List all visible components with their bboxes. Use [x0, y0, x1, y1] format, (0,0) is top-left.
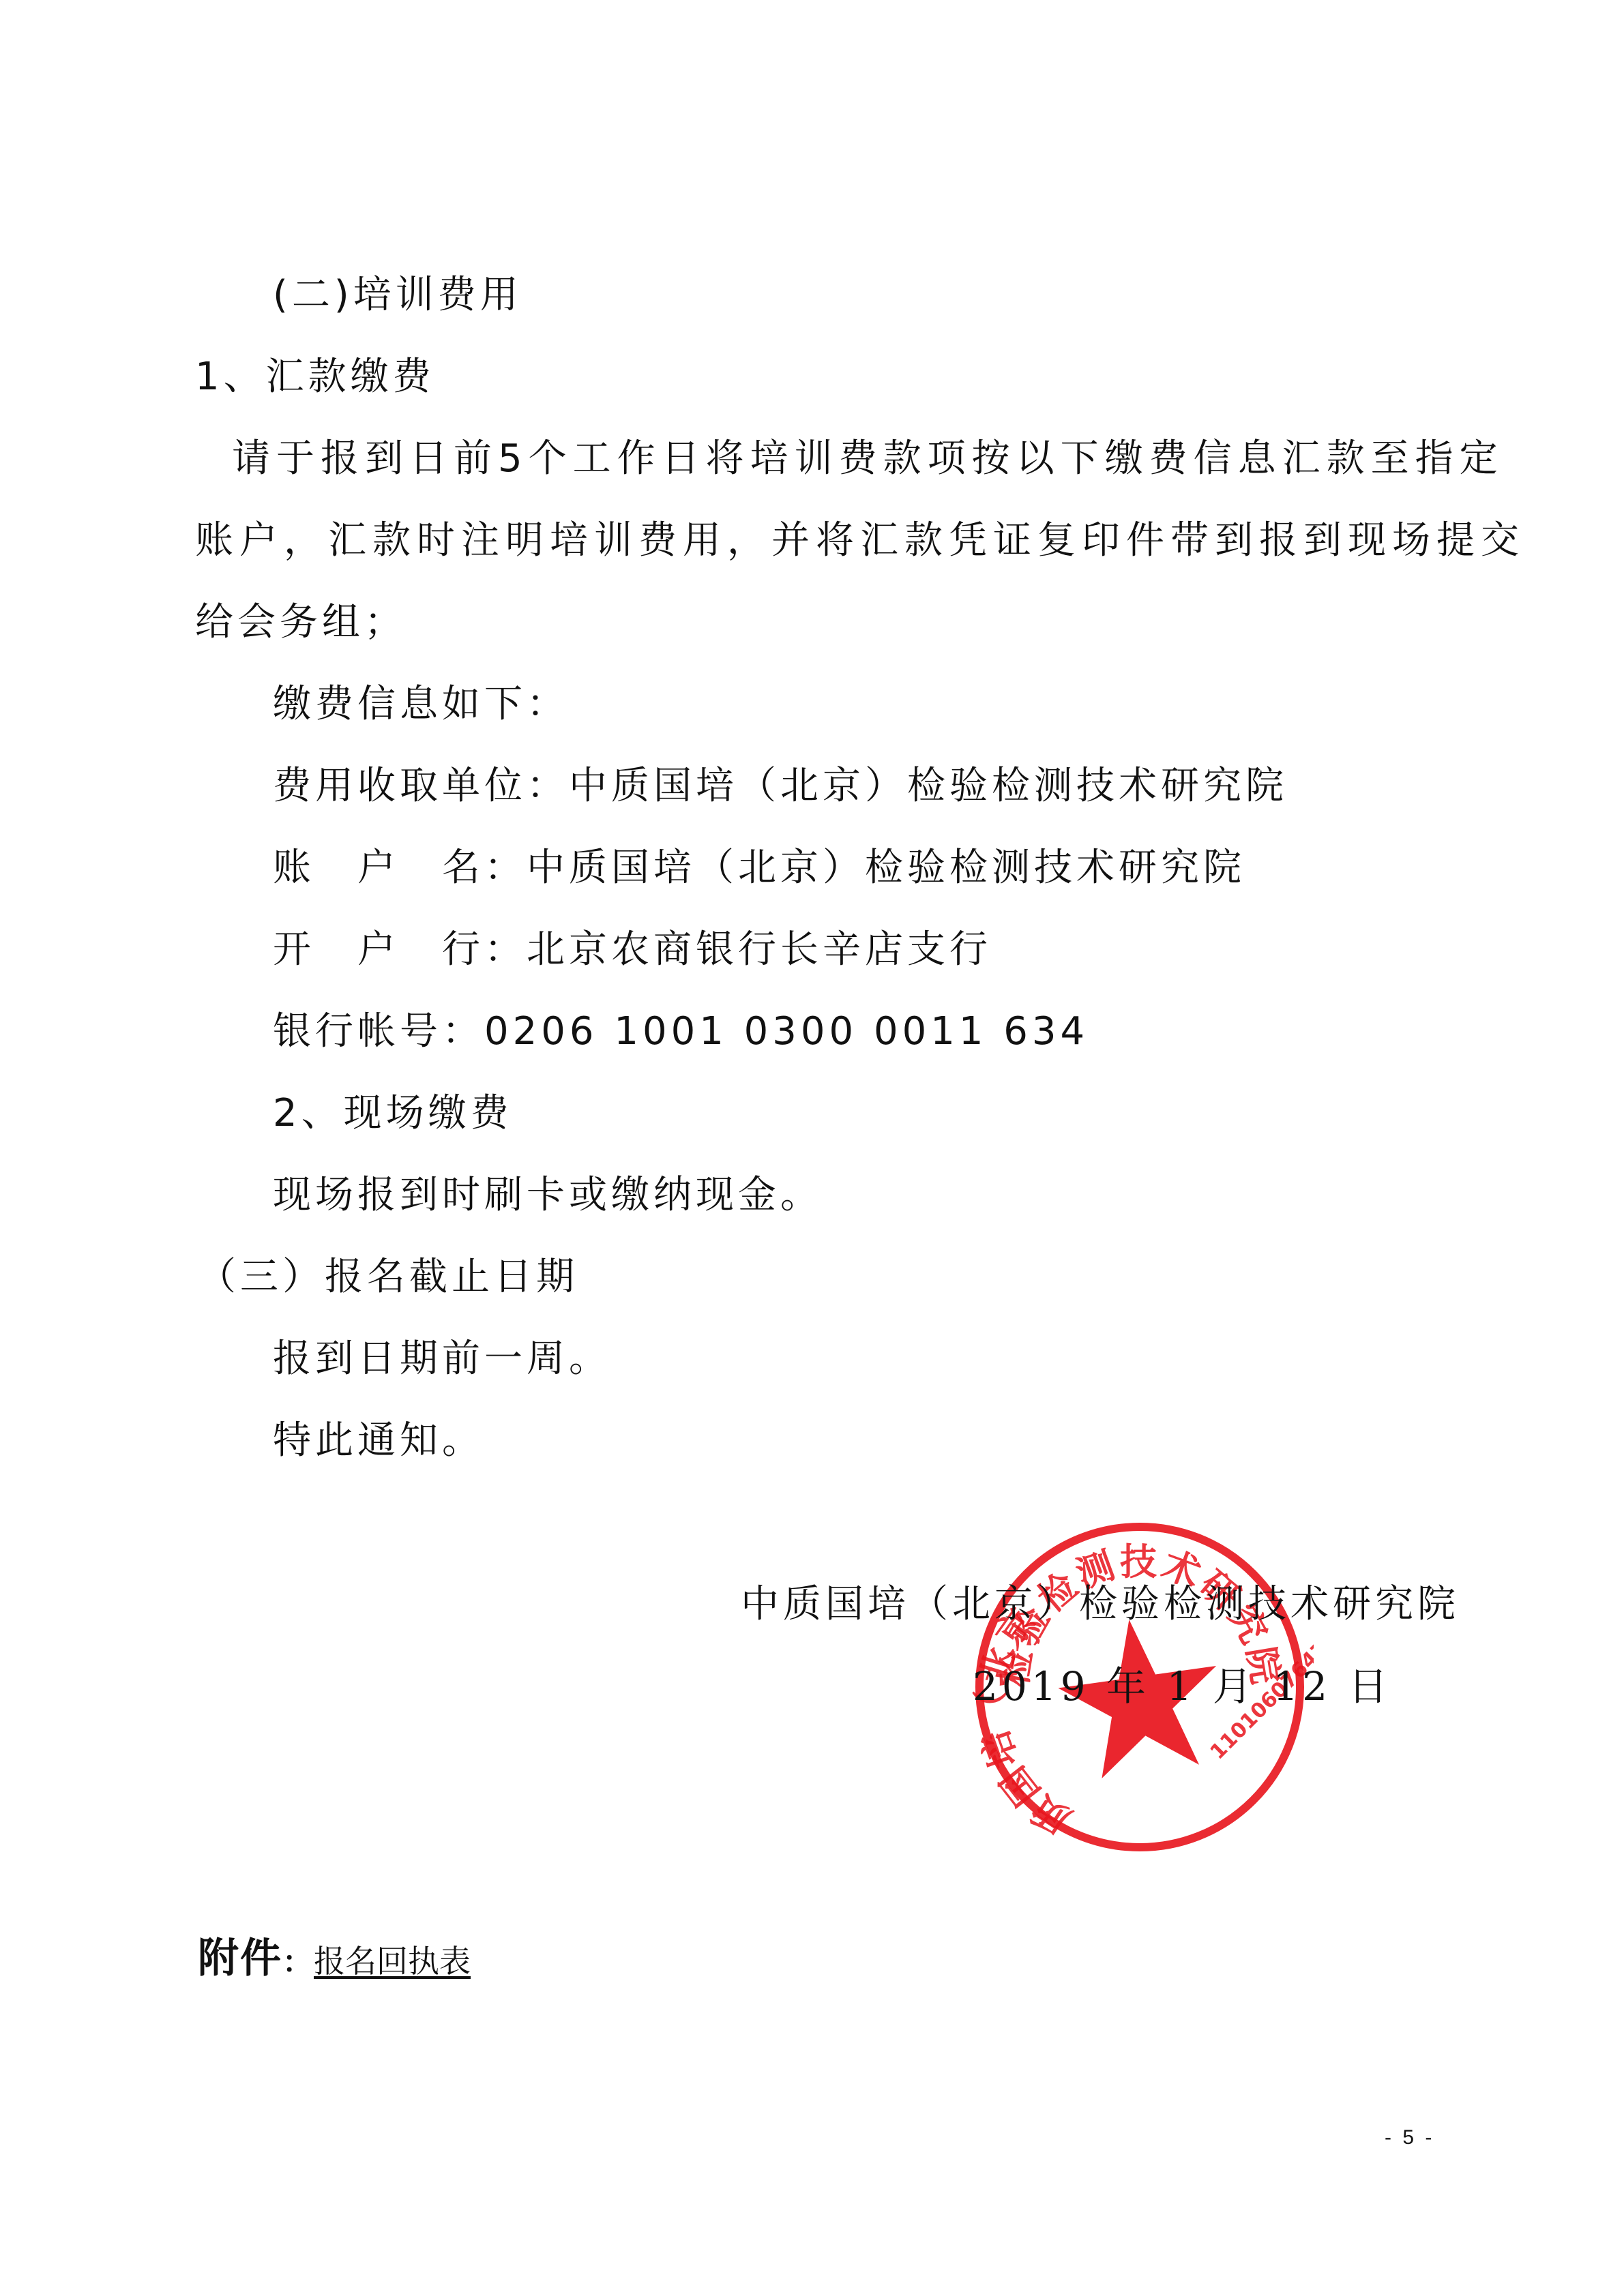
payment-info-intro: 缴费信息如下：: [273, 681, 569, 728]
page-number: - 5 -: [1385, 2126, 1434, 2149]
deadline-text: 报到日期前一周。: [273, 1335, 611, 1383]
account-name-value: 中质国培（北京）检验检测技术研究院: [527, 846, 1245, 890]
account-number-value: 0206 1001 0300 0011 634: [484, 1009, 1089, 1054]
subheading-remittance: 1、汇款缴费: [195, 353, 435, 401]
account-number-label: 银行帐号：: [273, 1009, 484, 1054]
paragraph-line-3: 给会务组；: [195, 599, 407, 646]
account-name-label: 账 户 名：: [273, 846, 527, 890]
account-name-row: 账 户 名：中质国培（北京）检验检测技术研究院: [273, 844, 1245, 892]
signature-date: 2019 年 1 月 12 日: [973, 1663, 1392, 1710]
section-heading-deadline: （三）报名截止日期: [198, 1253, 578, 1301]
bank-label: 开 户 行：: [273, 927, 527, 972]
attachment-colon: ：: [282, 1945, 314, 1980]
closing-text: 特此通知。: [273, 1417, 484, 1465]
payee-unit-value: 中质国培（北京）检验检测技术研究院: [569, 764, 1288, 808]
bank-value: 北京农商银行长辛店支行: [527, 927, 992, 972]
paragraph-line-1: 请于报到日前5个工作日将培训费款项按以下缴费信息汇款至指定: [232, 435, 1504, 483]
payee-unit-row: 费用收取单位：中质国培（北京）检验检测技术研究院: [273, 762, 1288, 810]
account-number-row: 银行帐号：0206 1001 0300 0011 634: [273, 1008, 1089, 1056]
attachment-link-registration-form[interactable]: 报名回执表: [314, 1943, 471, 1980]
attachment-line: 附件：报名回执表: [198, 1926, 471, 1984]
section-heading-training-fee: (二)培训费用: [273, 271, 522, 319]
signature-organization: 中质国培（北京）检验检测技术研究院: [741, 1581, 1460, 1628]
payee-unit-label: 费用收取单位：: [273, 764, 569, 808]
attachment-label: 附件: [198, 1935, 282, 1982]
onsite-payment-text: 现场报到时刷卡或缴纳现金。: [273, 1172, 823, 1219]
bank-row: 开 户 行：北京农商银行长辛店支行: [273, 926, 992, 974]
paragraph-line-2: 账户，汇款时注明培训费用，并将汇款凭证复印件带到报到现场提交: [195, 517, 1525, 565]
subheading-onsite-payment: 2、现场缴费: [273, 1090, 513, 1137]
